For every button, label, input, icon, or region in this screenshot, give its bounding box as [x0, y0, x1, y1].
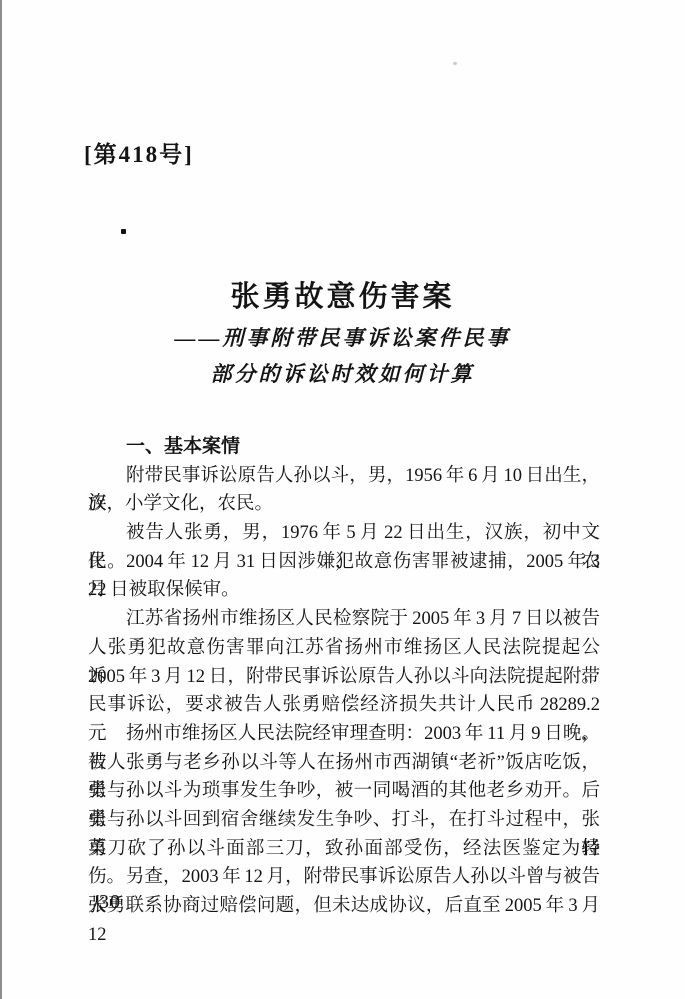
body-text: 一、基本案情 附带民事诉讼原告人孙以斗，男，1956 年 6 月 10 日出生，… — [88, 433, 600, 921]
body-line: 22 日被取保候审。 — [88, 576, 600, 605]
body-line: 族，小学文化，农民。 — [88, 490, 600, 519]
body-line: 张勇联系协商过赔偿问题，但未达成协议，后直至 2005 年 3 月 12 — [88, 892, 600, 921]
body-line: 民事诉讼，要求被告人张勇赔偿经济损失共计人民币 28289.2 元。 — [88, 691, 600, 720]
body-line: 人张勇犯故意伤害罪向江苏省扬州市维扬区人民法院提起公诉。 — [88, 634, 600, 663]
section-heading: 一、基本案情 — [88, 433, 600, 462]
case-number-label: [第418号] — [84, 136, 194, 169]
body-line: 2005 年 3 月 12 日，附带民事诉讼原告人孙以斗向法院提起附带 — [88, 663, 600, 692]
scan-speck — [453, 62, 457, 65]
body-line: 民。2004 年 12 月 31 日因涉嫌犯故意伤害罪被逮捕，2005 年 3 … — [88, 548, 600, 577]
scan-edge-artifact — [0, 0, 2, 999]
book-page: [第418号] 张勇故意伤害案 ——刑事附带民事诉讼案件民事 部分的诉讼时效如何… — [0, 0, 685, 999]
body-line: 扬州市维扬区人民法院经审理查明：2003 年 11 月 9 日晚，被 — [88, 720, 600, 749]
body-line: 菜刀砍了孙以斗面部三刀，致孙面部受伤，经法医鉴定为轻伤。 — [88, 835, 600, 864]
body-line: 被告人张勇，男，1976 年 5 月 22 日出生，汉族，初中文化，农 — [88, 519, 600, 548]
case-subtitle-line-1: ——刑事附带民事诉讼案件民事 — [0, 320, 685, 356]
body-line: 告人张勇与老乡孙以斗等人在扬州市西湖镇“老祈”饭店吃饭，张 — [88, 749, 600, 778]
case-title: 张勇故意伤害案 — [0, 274, 685, 315]
case-subtitle: ——刑事附带民事诉讼案件民事 部分的诉讼时效如何计算 — [0, 320, 685, 392]
page-number: 30 — [99, 891, 121, 914]
ink-dot-artifact — [121, 229, 126, 234]
body-line: 勇与孙以斗回到宿舍继续发生争吵、打斗，在打斗过程中，张勇持 — [88, 806, 600, 835]
body-line: 江苏省扬州市维扬区人民检察院于 2005 年 3 月 7 日以被告 — [88, 605, 600, 634]
case-subtitle-line-2: 部分的诉讼时效如何计算 — [0, 356, 685, 392]
body-line: 附带民事诉讼原告人孙以斗，男，1956 年 6 月 10 日出生，汉 — [88, 462, 600, 491]
body-line: 勇与孙以斗为琐事发生争吵，被一同喝酒的其他老乡劝开。后张 — [88, 777, 600, 806]
body-line: 另查，2003 年 12 月，附带民事诉讼原告人孙以斗曾与被告人 — [88, 863, 600, 892]
